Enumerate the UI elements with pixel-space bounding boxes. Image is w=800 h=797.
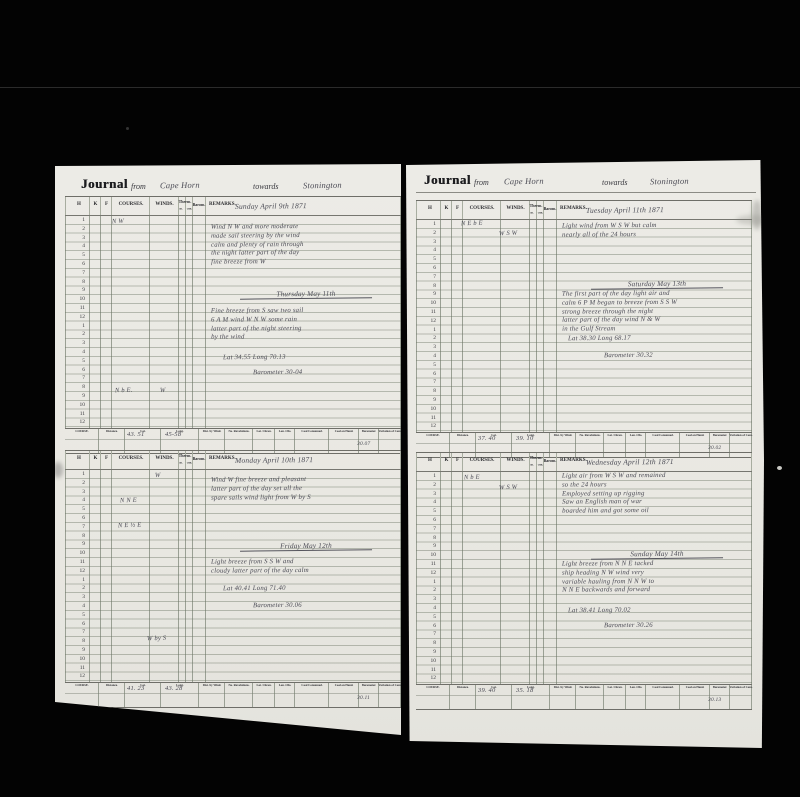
hour-number: 7 [73,375,85,381]
summary-lat: 37. 40 [478,435,495,442]
footer-column: COURSE. [416,685,450,709]
towards-label: towards [253,182,279,191]
footer-column-label: Lon. Obs. [278,684,291,687]
hour-number: 5 [73,358,85,364]
hour-number: 2 [73,226,85,232]
footer-column-label: Coal Consumed. [301,684,322,687]
position-line: Lat 40.41 Long 71.40 [223,585,286,593]
footer-column-label: Barometer. [712,686,726,689]
course-entry: N E b E [461,220,483,228]
barometer-line: Barometer 30.06 [253,602,302,609]
log-table: H K F COURSES. WINDS. Therm. In. Out. Ba… [65,450,401,704]
col-hours: H [71,456,87,461]
position-line: Lat 34.55 Long 70.13 [223,354,286,362]
col-therm-in: In. [179,462,183,465]
hour-number: 9 [73,647,85,653]
hour-number: 6 [424,371,436,377]
col-winds: WINDS. [502,206,529,211]
towards-place-handwriting: Stonington [303,180,342,191]
towards-place-handwriting: Stonington [650,176,689,187]
footer-column-label: Lat. Chron. [256,684,271,687]
hour-number: 11 [73,411,85,417]
footer-column: No. Revolutions. [576,685,604,709]
hour-number: 5 [73,612,85,618]
col-knots: K [91,456,100,461]
journal-word: Journal [81,176,128,192]
col-barom: Barom. [543,458,557,463]
col-therm: Therm. [528,455,544,460]
footer-column-label: Coal on Hand. [685,686,704,689]
hour-number: 6 [73,261,85,267]
course-entry: N b E. [115,387,133,395]
col-therm-out: Out. [538,212,542,215]
hour-number: 10 [73,296,85,302]
footer-column-label: Coal on Hand. [334,684,353,687]
col-hours: H [71,202,87,207]
hour-number: 8 [73,384,85,390]
col-therm-in: In. [530,212,534,215]
hour-number: 4 [73,497,85,503]
hour-number: 11 [424,415,436,421]
hour-number: 7 [73,524,85,530]
footer-column-label: COURSE. [75,684,88,687]
log-summary-row: 39. 40 35. 18 30.13 COURSE.Distance.Lat.… [416,684,752,710]
col-courses: COURSES. [113,202,149,207]
log-summary-row: 41. 23 43. 28 30.11 COURSE.Distance.Lat.… [65,682,401,708]
course-entry: N N E [120,497,137,505]
footer-column: Coal on Hand. [680,685,710,709]
hour-number: 5 [424,256,436,262]
hour-number: 9 [73,393,85,399]
hour-number: 7 [424,379,436,385]
hour-number: 7 [73,629,85,635]
hour-number: 12 [424,423,436,429]
footer-column-label: Lat. Chron. [607,434,622,437]
page-header: Journal from Cape Horn towards Stoningto… [65,174,393,197]
hour-number: 12 [73,568,85,574]
log-table: H K F COURSES. WINDS. Therm. In. Out. Ba… [416,452,752,706]
footer-column-label: Barometer. [712,434,726,437]
date-line: Wednesday April 12th 1871 [586,456,750,467]
hour-number: 11 [73,305,85,311]
col-therm-out: Out. [538,464,542,467]
hour-number: 4 [73,603,85,609]
footer-column: Lon. Obs. [275,683,295,707]
date-line: Monday April 10th 1871 [235,454,399,465]
footer-column-label: No. Revolutions. [228,684,249,687]
hour-number: 2 [424,230,436,236]
log-grid: Tuesday April 11th 1871 N E b E W S W Li… [416,220,752,432]
hour-number: 1 [73,323,85,329]
hour-number: 5 [424,508,436,514]
day-heading: Saturday May 13th [591,279,723,289]
hour-number: 3 [424,239,436,245]
summary-long: 39. 10 [516,435,533,442]
col-fathoms: F [102,202,111,207]
footer-column: Coal Consumed. [646,685,680,709]
footer-column: COURSE. [65,683,99,707]
log-grid: Monday April 10th 1871 W Wind W fine bre… [65,470,401,682]
hour-number: 2 [424,587,436,593]
remarks-paragraph: Wind N W and more moderate made sail ste… [211,222,399,267]
hour-number: 3 [73,340,85,346]
scan-speck [777,466,782,470]
footer-column-label: Lon. Obs. [629,686,642,689]
hour-number: 10 [424,300,436,306]
hour-number: 8 [424,283,436,289]
footer-column-label: Variation of Com. [729,686,752,689]
remarks-paragraph: Fine breeze from S saw two sail 6 A M wi… [211,306,399,342]
hour-number: 8 [424,535,436,541]
footer-column: Distance. [450,685,476,709]
date-line: Tuesday April 11th 1871 [586,204,750,215]
summary-long: 45-58 [165,431,181,438]
hour-number: 3 [424,596,436,602]
hour-number: 1 [73,471,85,477]
footer-column: Lat. Chron. [253,683,275,707]
footer-column-label: Distance. [106,684,118,687]
remarks-paragraph: Wind W fine breeze and pleasant latter p… [211,475,399,503]
from-label: from [474,178,489,187]
col-winds: WINDS. [151,456,178,461]
footer-column-label: Dist. by Wind. [202,430,220,433]
log-table: H K F COURSES. WINDS. Therm. In. Out. Ba… [416,200,752,454]
hour-number: 7 [424,274,436,280]
wind-entry: W S W [499,230,518,238]
footer-column-label: Dist. by Wind. [202,684,220,687]
hour-number: 4 [424,353,436,359]
wind-entry: W S W [499,484,518,492]
footer-column: Variation of Com. [730,685,752,709]
day-heading: Sunday May 14th [591,549,723,559]
hour-number: 8 [73,533,85,539]
day-heading: Friday May 12th [240,541,372,551]
col-barom: Barom. [192,456,206,461]
hour-number: 2 [73,480,85,486]
wind-entry: W by S [147,635,166,643]
from-label: from [131,182,146,191]
footer-column-label: Distance. [457,686,469,689]
wind-entry: N W [112,218,124,225]
col-therm-out: Out. [187,462,191,465]
footer-column-label: Coal Consumed. [652,434,673,437]
hour-number: 12 [73,314,85,320]
hour-number: 11 [424,561,436,567]
col-hours: H [422,206,438,211]
hour-number: 9 [424,543,436,549]
hour-number: 8 [424,388,436,394]
hour-number: 10 [424,406,436,412]
footer-column-label: COURSE. [426,434,439,437]
col-knots: K [91,202,100,207]
barometer-line: Barometer 30.32 [604,352,653,359]
remarks-paragraph: Light breeze from S S W and cloudy latte… [211,557,399,576]
hour-number: 11 [73,665,85,671]
from-place-handwriting: Cape Horn [504,176,544,187]
col-courses: COURSES. [464,458,500,463]
hour-number: 1 [73,577,85,583]
hour-number: 10 [424,552,436,558]
footer-column-label: Lat. Chron. [607,686,622,689]
hour-number: 9 [424,291,436,297]
footer-column-label: Barometer. [361,684,375,687]
footer-column-label: Variation of Com. [729,434,752,437]
position-line: Lat 38.30 Long 68.17 [568,335,631,343]
summary-barometer: 30.07 [357,441,370,447]
hour-number: 4 [424,499,436,505]
summary-long: 35. 18 [516,687,533,694]
hour-number: 6 [73,367,85,373]
col-fathoms: F [453,206,462,211]
col-therm-out: Out. [187,208,191,211]
summary-long: 43. 28 [165,685,182,692]
hour-number: 4 [424,247,436,253]
hour-number: 5 [424,614,436,620]
hour-number: 7 [424,526,436,532]
footer-column: Dist. by Wind. [550,685,576,709]
hour-number: 12 [73,419,85,425]
footer-column-label: Dist. by Wind. [553,434,571,437]
footer-column: Coal Consumed. [295,683,329,707]
hour-number: 3 [73,594,85,600]
hour-number: 2 [424,335,436,341]
hour-number: 5 [424,362,436,368]
log-grid: Sunday April 9th 1871 N W Wind N W and m… [65,216,401,428]
course-entry: N b E [464,474,480,482]
hour-number: 5 [73,252,85,258]
hour-number: 11 [424,309,436,315]
footer-column-label: No. Revolutions. [579,686,600,689]
hour-number: 3 [424,344,436,350]
col-therm: Therm. [177,199,193,204]
journal-page-left: Journal from Cape Horn towards Stoningto… [55,164,401,739]
summary-barometer: 30.02 [708,445,721,451]
footer-column-label: No. Revolutions. [579,434,600,437]
col-therm-in: In. [179,208,183,211]
col-hours: H [422,458,438,463]
log-table: H K F COURSES. WINDS. Therm. In. Out. Ba… [65,196,401,450]
hour-number: 3 [73,235,85,241]
from-place-handwriting: Cape Horn [160,180,200,191]
remarks-paragraph: Light air from W S W and remained so the… [562,471,750,516]
hour-number: 9 [424,397,436,403]
footer-column-label: Variation of Com. [378,684,401,687]
hour-number: 3 [424,491,436,497]
hour-number: 2 [73,585,85,591]
date-line: Sunday April 9th 1871 [235,200,399,211]
footer-column-label: Coal on Hand. [334,430,353,433]
hour-number: 11 [424,667,436,673]
hour-number: 2 [73,331,85,337]
hour-number: 10 [73,550,85,556]
hour-number: 11 [73,559,85,565]
hour-number: 6 [424,517,436,523]
col-fathoms: F [102,456,111,461]
col-therm: Therm. [177,453,193,458]
hour-number: 7 [73,270,85,276]
footer-column-label: Coal Consumed. [652,686,673,689]
hour-number: 1 [424,221,436,227]
hour-number: 8 [73,638,85,644]
footer-column-label: Distance. [106,430,118,433]
remarks-paragraph: The first part of the day light air and … [562,289,750,334]
hour-number: 6 [73,621,85,627]
hour-number: 12 [424,675,436,681]
hour-number: 10 [73,402,85,408]
footer-column: Lon. Obs. [626,685,646,709]
footer-column-label: Coal on Hand. [685,434,704,437]
hour-number: 1 [424,579,436,585]
hour-number: 9 [73,541,85,547]
hour-number: 8 [424,640,436,646]
col-courses: COURSES. [113,456,149,461]
hour-number: 12 [424,570,436,576]
footer-column: Variation of Com. [379,683,401,707]
hour-number: 3 [73,489,85,495]
hour-number: 6 [73,515,85,521]
hour-number: 6 [424,623,436,629]
footer-column-label: Barometer. [361,430,375,433]
towards-label: towards [602,178,628,187]
footer-column-label: Lon. Obs. [629,434,642,437]
barometer-line: Barometer 30.26 [604,622,653,629]
footer-column: No. Revolutions. [225,683,253,707]
col-courses: COURSES. [464,206,500,211]
col-winds: WINDS. [151,202,178,207]
hour-number: 7 [424,631,436,637]
barometer-line: Barometer 30-04 [253,369,302,376]
footer-column: Dist. by Wind. [199,683,225,707]
summary-lat: 41. 23 [127,685,144,692]
col-fathoms: F [453,458,462,463]
col-barom: Barom. [192,202,206,207]
summary-barometer: 30.13 [708,697,721,703]
journal-word: Journal [424,172,471,188]
col-knots: K [442,458,451,463]
footer-column-label: Dist. by Wind. [553,686,571,689]
col-barom: Barom. [543,206,557,211]
footer-column-label: No. Revolutions. [228,430,249,433]
hour-number: 9 [424,649,436,655]
footer-column-label: Variation of Com. [378,430,401,433]
hour-number: 1 [424,327,436,333]
wind-entry: W [155,472,161,479]
col-winds: WINDS. [502,458,529,463]
hour-number: 12 [73,673,85,679]
page-header: Journal from Cape Horn towards Stoningto… [416,170,756,193]
hour-number: 8 [73,279,85,285]
footer-column-label: COURSE. [426,686,439,689]
course-entry: N E ½ E [118,522,142,530]
hour-number: 10 [424,658,436,664]
hour-number: 4 [73,243,85,249]
footer-column-label: Coal Consumed. [301,430,322,433]
hour-number: 9 [73,287,85,293]
hour-number: 1 [73,217,85,223]
col-therm: Therm. [528,203,544,208]
scan-smudge [53,462,63,478]
wind-entry: W [160,387,166,394]
hour-number: 10 [73,656,85,662]
hour-number: 6 [424,265,436,271]
col-therm-in: In. [530,464,534,467]
footer-column-label: Lat. Chron. [256,430,271,433]
hour-number: 4 [73,349,85,355]
hour-number: 2 [424,482,436,488]
footer-column: Lat. Chron. [604,685,626,709]
summary-lat: 39. 40 [478,687,495,694]
remarks-paragraph: Light breeze from N N E tacked ship head… [562,559,750,595]
hour-number: 5 [73,506,85,512]
remarks-paragraph: Light wind from W S W but calm nearly al… [562,221,750,240]
scanned-logbook-image: Journal from Cape Horn towards Stoningto… [0,0,800,797]
hour-number: 12 [424,318,436,324]
footer-column: Distance. [99,683,125,707]
footer-column: Coal on Hand. [329,683,359,707]
journal-page-right: Journal from Cape Horn towards Stoningto… [406,160,764,750]
day-heading: Thursday May 11th [240,289,372,299]
position-line: Lat 38.41 Long 70.02 [568,607,631,615]
footer-column-label: Lon. Obs. [278,430,291,433]
hour-number: 4 [424,605,436,611]
summary-lat: 43. 51 [127,431,144,438]
summary-barometer: 30.11 [357,695,370,701]
footer-column-label: COURSE. [75,430,88,433]
log-grid: Wednesday April 12th 1871 N b E W S W Li… [416,472,752,684]
scan-artifact-line [0,87,800,88]
hour-number: 1 [424,473,436,479]
scan-speck [126,127,129,130]
col-knots: K [442,206,451,211]
footer-column-label: Distance. [457,434,469,437]
